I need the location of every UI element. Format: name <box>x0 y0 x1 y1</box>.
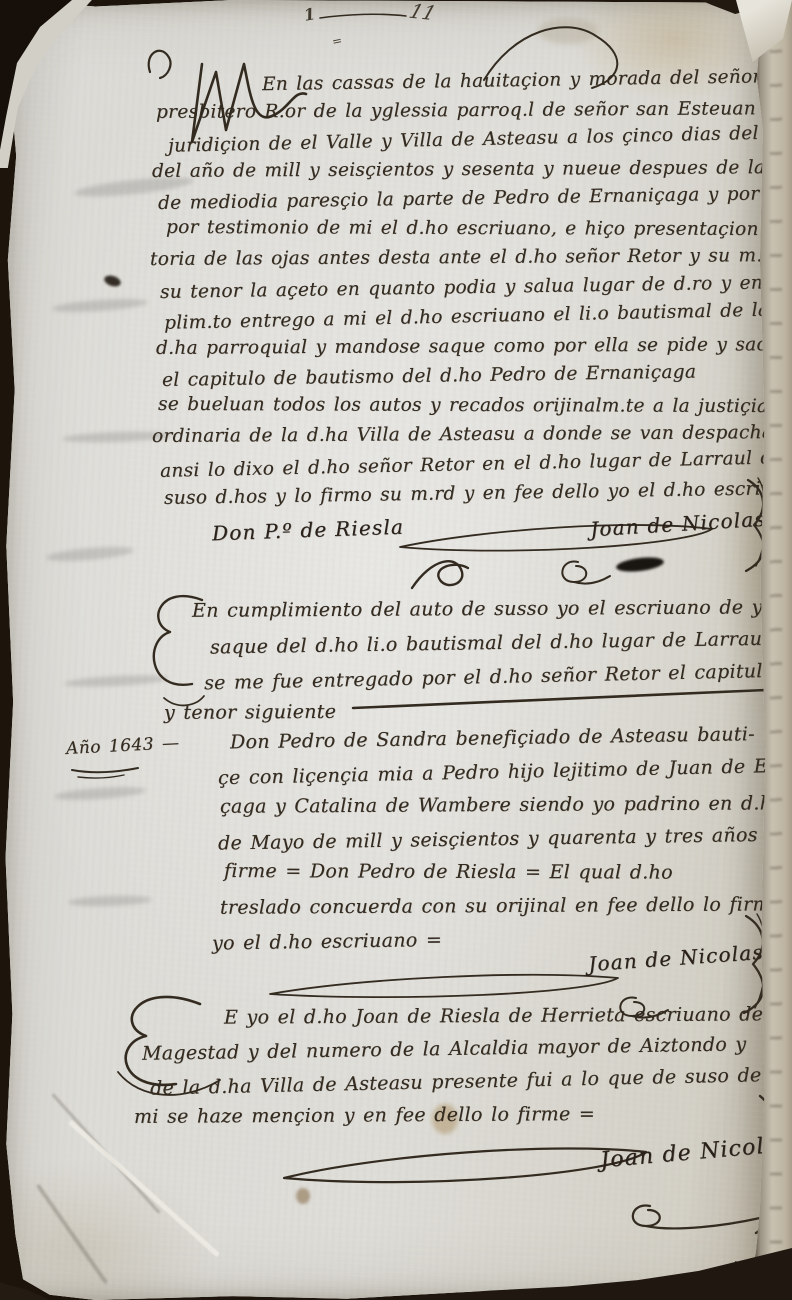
margin-note-underline <box>70 766 142 780</box>
ink-bleedthrough <box>68 895 152 908</box>
signature-lens-flourish-3 <box>280 1138 652 1192</box>
text-line: de Mayo de mill y seisçientos y quarenta… <box>218 818 766 860</box>
margin-note-year: Año 1643 — <box>66 733 180 759</box>
fold-crease <box>36 1184 108 1285</box>
folio-small-mark: = <box>331 33 344 49</box>
manuscript-scan: 1 11 = En las cassas de la hauitaçion y … <box>0 0 792 1300</box>
text-line: por testimonio de mi el d.ho escriuano, … <box>166 212 766 244</box>
text-line: çaga y Catalina de Wambere siendo yo pad… <box>220 787 766 824</box>
folio-number-left: 1 <box>302 4 316 25</box>
folio-dash-stroke <box>318 11 408 23</box>
manuscript-page: 1 11 = En las cassas de la hauitaçion y … <box>4 0 766 1300</box>
acta-paragraph: En las cassas de la hauitaçion y morada … <box>150 66 766 509</box>
text-line: se bueluan todos los autos y recados ori… <box>158 389 766 421</box>
folio-number-right: 11 <box>406 0 439 25</box>
signature-rector: Don P.º de Riesla <box>212 515 405 546</box>
escribano-paraph-3 <box>614 1198 764 1234</box>
fold-crease <box>68 1120 220 1258</box>
ink-bleedthrough <box>52 297 149 315</box>
text-line: mi se haze mençion y en fee dello lo fir… <box>134 1097 752 1134</box>
text-line: firme = Don Pedro de Riesla = El qual d.… <box>224 855 766 890</box>
ink-bleedthrough <box>46 544 135 564</box>
partida-paragraph: Don Pedro de Sandra benefiçiado de Astea… <box>218 722 766 957</box>
escribano-paraph-1 <box>544 556 612 588</box>
attestation-paragraph: E yo el d.ho Joan de Riesla de Herrieta … <box>132 1000 752 1132</box>
ink-bleedthrough <box>54 785 147 802</box>
adjacent-page-text-bleed <box>770 0 782 1300</box>
ink-blot <box>103 274 122 289</box>
escribano-rubric-1 <box>732 478 766 574</box>
tenor-rule-stroke <box>348 684 766 716</box>
